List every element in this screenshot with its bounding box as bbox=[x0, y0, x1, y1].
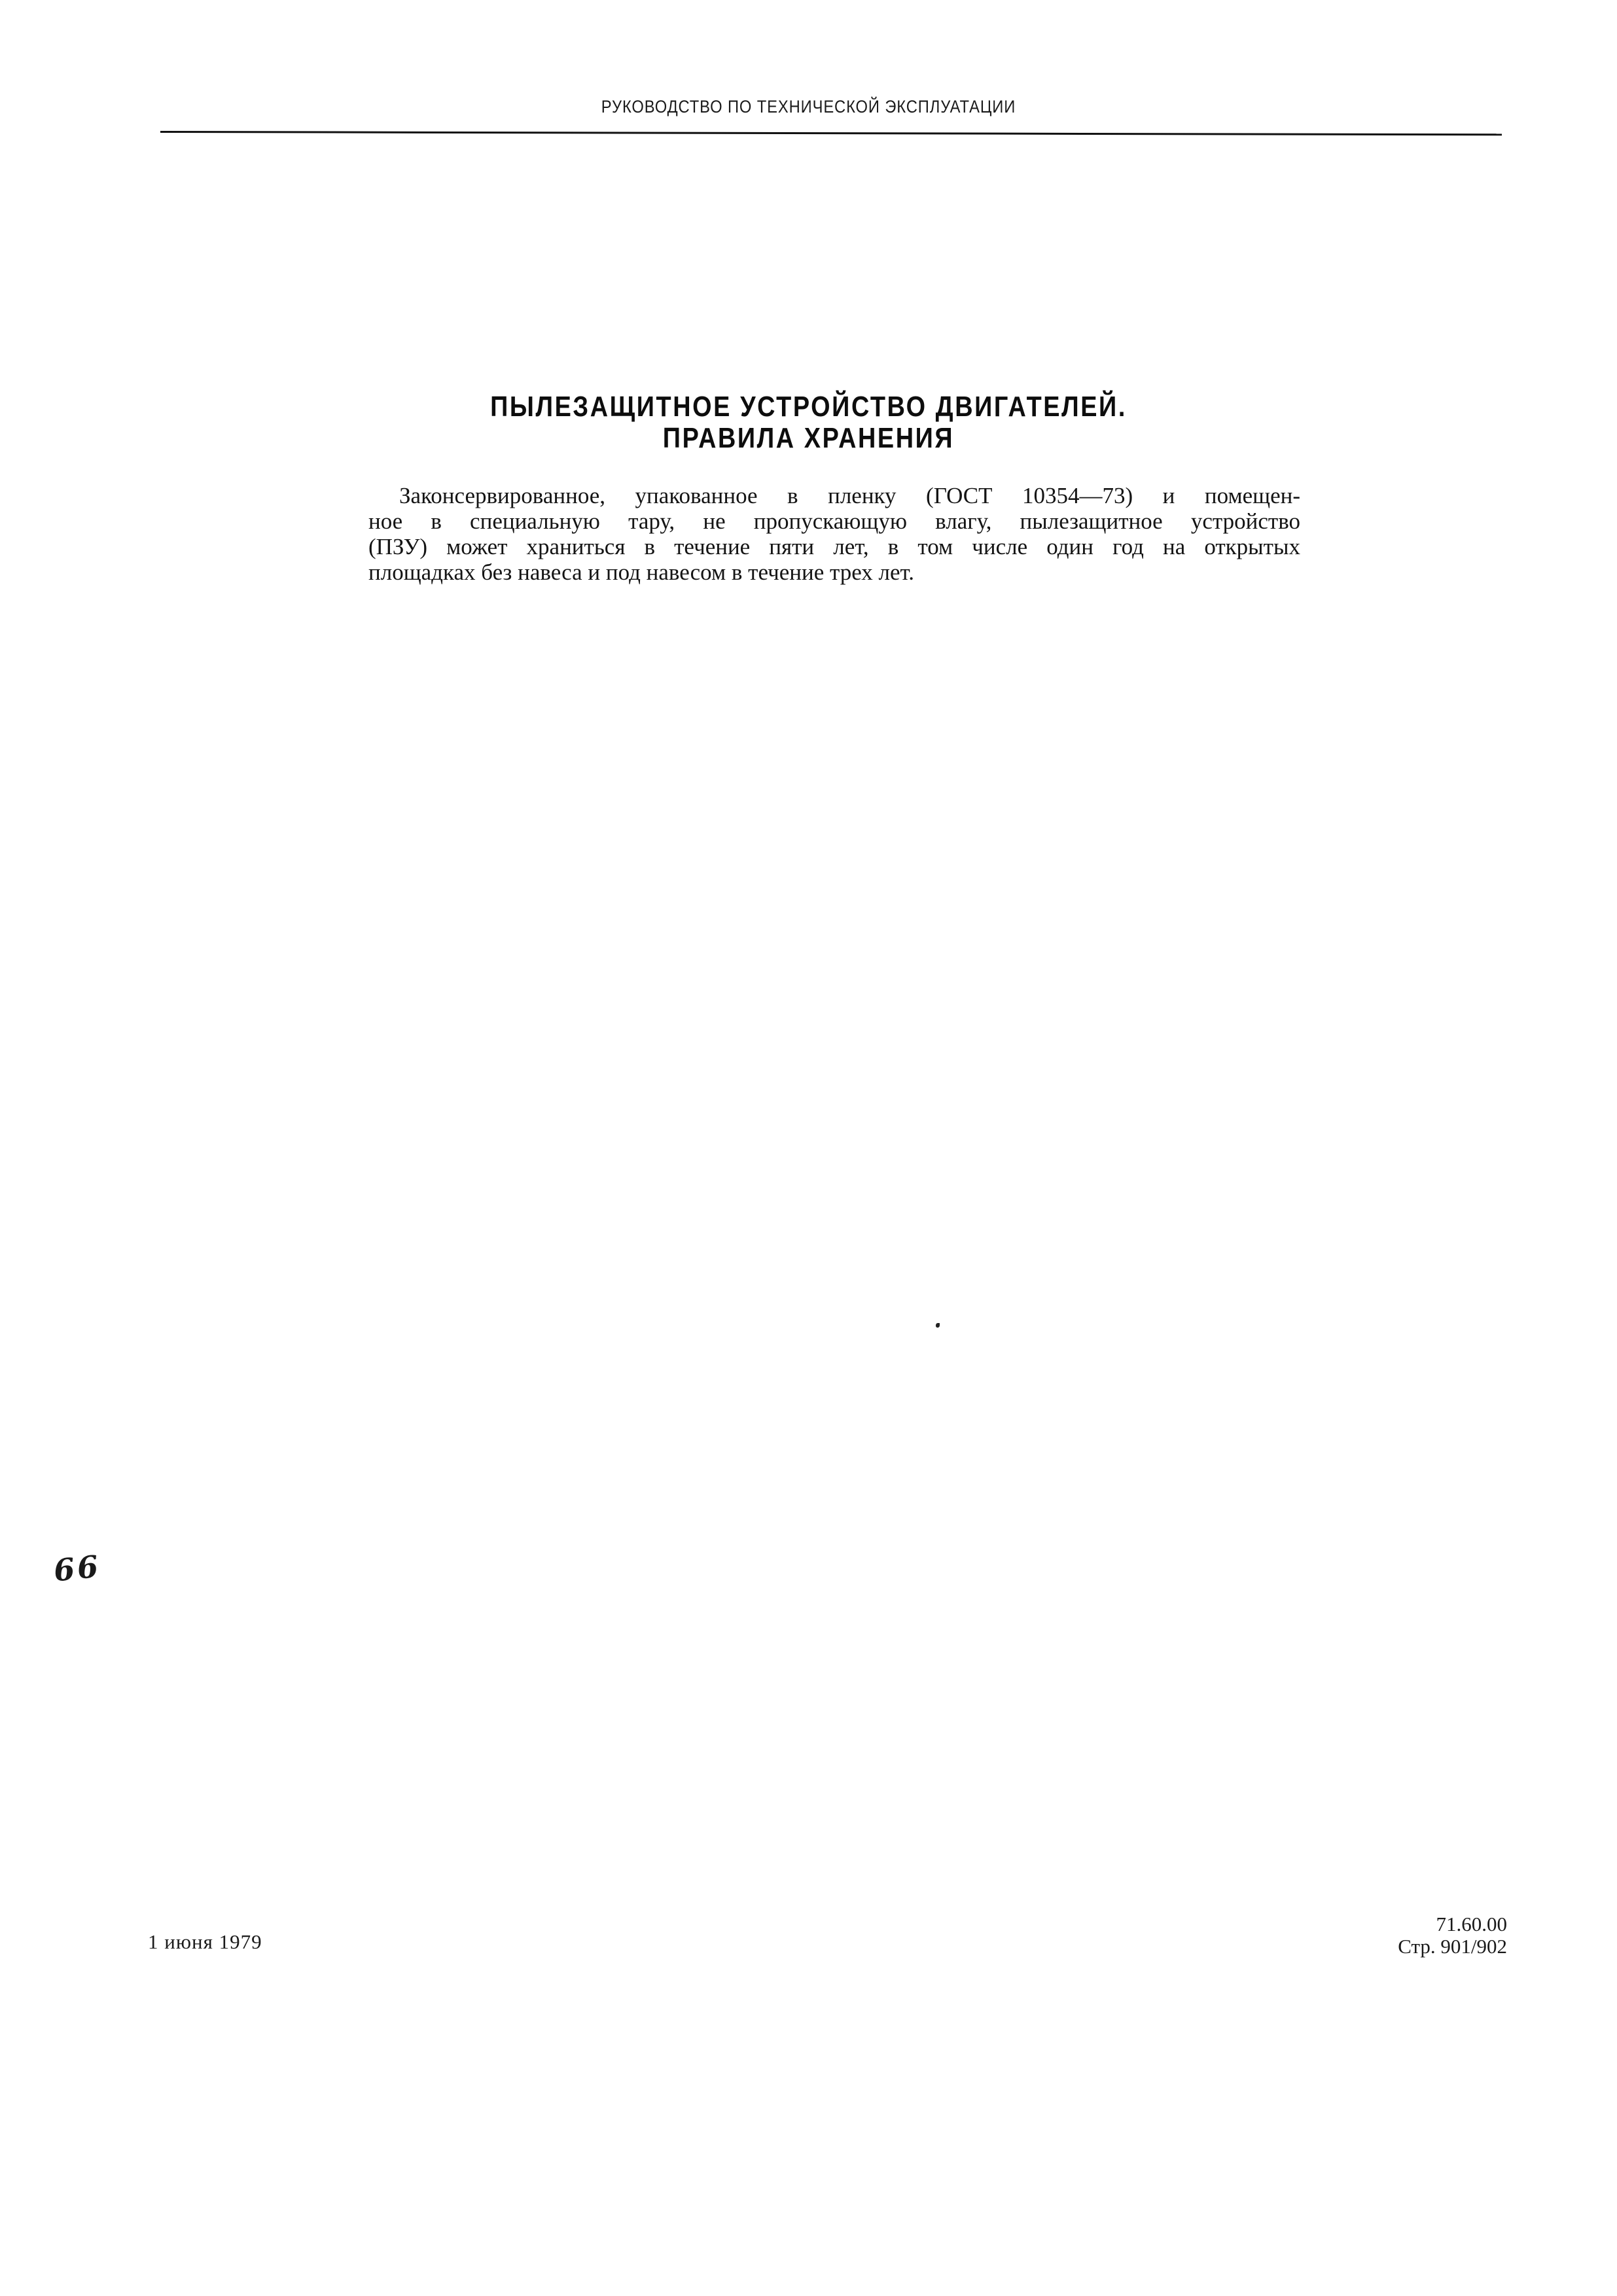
body-paragraph: Законсервированное, упакованное в пленку… bbox=[368, 483, 1300, 585]
section-code: 71.60.00 bbox=[1398, 1913, 1507, 1935]
section-title-line-1: ПЫЛЕЗАЩИТНОЕ УСТРОЙСТВО ДВИГАТЕЛЕЙ. bbox=[113, 391, 1504, 423]
handwritten-page-mark: 66 bbox=[52, 1548, 102, 1588]
body-line: площадках без навеса и под навесом в теч… bbox=[368, 559, 1300, 585]
page-number: Стр. 901/902 bbox=[1398, 1935, 1507, 1958]
section-title-line-2: ПРАВИЛА ХРАНЕНИЯ bbox=[113, 422, 1504, 455]
header-rule bbox=[160, 131, 1502, 135]
footer-page-info: 71.60.00 Стр. 901/902 bbox=[1398, 1913, 1507, 1958]
body-line: Законсервированное, упакованное в пленку… bbox=[368, 483, 1300, 508]
body-line: ное в специальную тару, не пропускающую … bbox=[368, 508, 1300, 534]
running-header: РУКОВОДСТВО ПО ТЕХНИЧЕСКОЙ ЭКСПЛУАТАЦИИ bbox=[97, 97, 1519, 117]
scan-speck bbox=[936, 1323, 940, 1328]
body-line: (ПЗУ) может храниться в течение пяти лет… bbox=[368, 534, 1300, 559]
footer-date: 1 июня 1979 bbox=[148, 1930, 262, 1954]
